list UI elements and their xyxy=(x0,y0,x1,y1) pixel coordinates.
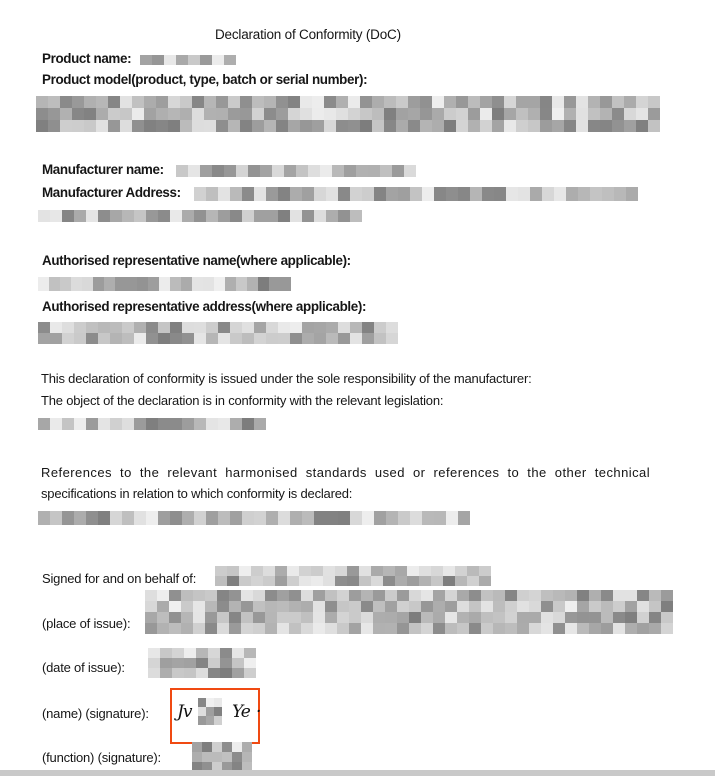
product-model-label: Product model(product, type, batch or se… xyxy=(42,72,367,87)
redacted-manufacturer-address-line2 xyxy=(38,210,362,222)
name-signature-label: (name) (signature): xyxy=(42,706,149,721)
manufacturer-name-label: Manufacturer name: xyxy=(42,162,164,177)
signed-for-label: Signed for and on behalf of: xyxy=(42,571,196,586)
references-statement-line1: References to the relevant harmonised st… xyxy=(41,465,650,480)
redacted-references xyxy=(38,511,470,525)
redacted-signed-for xyxy=(215,566,491,586)
redacted-signature-middle xyxy=(198,698,222,725)
auth-rep-address-label: Authorised representative address(where … xyxy=(42,299,366,314)
signature-dot: · xyxy=(256,702,260,722)
redacted-manufacturer-name xyxy=(176,165,416,177)
redacted-legislation xyxy=(38,418,266,430)
references-statement-line2: specifications in relation to which conf… xyxy=(41,486,352,501)
signature-handwriting-left: Jv xyxy=(177,702,191,722)
redacted-product-name xyxy=(140,55,236,65)
legislation-statement: The object of the declaration is in conf… xyxy=(41,393,443,408)
responsibility-statement: This declaration of conformity is issued… xyxy=(41,371,532,386)
product-name-label: Product name: xyxy=(42,51,131,66)
auth-rep-name-label: Authorised representative name(where app… xyxy=(42,253,351,268)
document-page: Declaration of Conformity (DoC) Product … xyxy=(0,0,715,770)
manufacturer-address-label: Manufacturer Address: xyxy=(42,185,181,200)
redacted-place-of-issue xyxy=(145,590,673,634)
date-of-issue-label: (date of issue): xyxy=(42,660,125,675)
document-title: Declaration of Conformity (DoC) xyxy=(215,27,401,42)
redacted-auth-rep-name xyxy=(38,277,291,291)
redacted-manufacturer-address xyxy=(194,187,638,201)
function-signature-label: (function) (signature): xyxy=(42,750,161,765)
redacted-product-model xyxy=(36,96,660,132)
signature-handwriting-right: Ye xyxy=(232,702,250,722)
redacted-date-of-issue xyxy=(148,648,256,678)
redacted-function xyxy=(192,742,252,772)
place-of-issue-label: (place of issue): xyxy=(42,616,130,631)
redacted-auth-rep-address xyxy=(38,322,398,344)
page-bottom-edge xyxy=(0,770,715,776)
